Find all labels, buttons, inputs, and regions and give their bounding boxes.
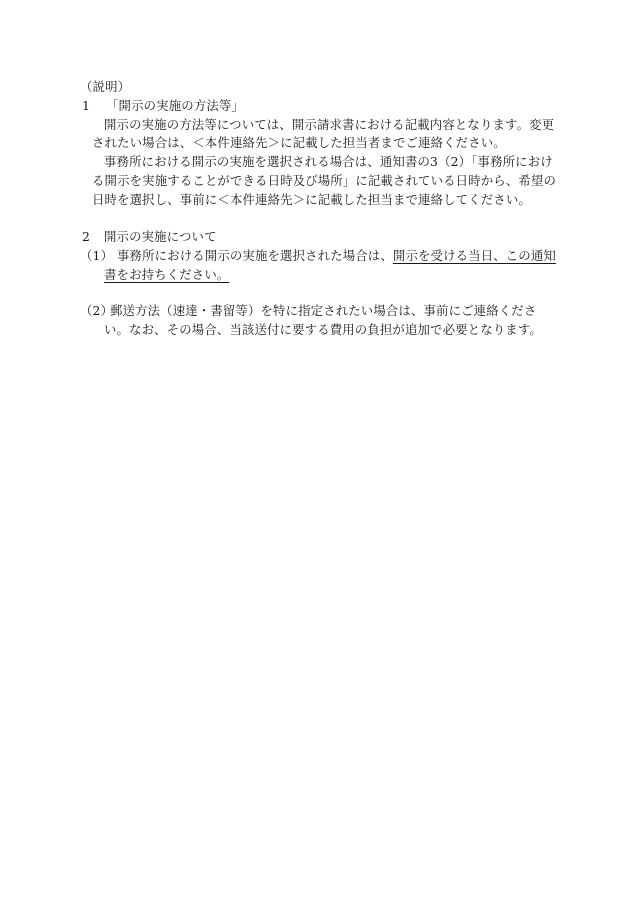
section2-item1-line1: 事務所における開示の実施を選択された場合は、開示を受ける当日、この通知	[117, 248, 556, 264]
section1-paragraph2-line1: 事務所における開示の実施を選択される場合は、通知書の3（2）「事務所におけ	[104, 154, 553, 170]
section1-paragraph1-line1: 開示の実施の方法等については、開示請求書における記載内容となります。変更	[104, 117, 554, 133]
section1-paragraph2-line3: 日時を選択し、事前に＜本件連絡先＞に記載した担当まで連絡してください。	[92, 192, 531, 208]
section2-item2-line1: 郵送方法（速達・書留等）を特に指定されたい場合は、事前にご連絡くださ	[110, 303, 536, 319]
item1-underlined-text: 開示を受ける当日、この通知	[393, 248, 556, 263]
section2-item1-line2: 書をお持ちください。	[104, 267, 229, 283]
item1-plain-text: 事務所における開示の実施を選択された場合は、	[117, 248, 393, 263]
section1-paragraph1-line2: されたい場合は、＜本件連絡先＞に記載した担当者までご連絡ください。	[92, 135, 506, 151]
section2-item1-label: （1）	[80, 248, 113, 264]
section2-item2-line2: い。なお、その場合、当該送付に要する費用の負担が追加で必要となります。	[104, 322, 542, 338]
section2-item2-label: （2）	[80, 303, 113, 319]
document-page: （説明） 1 「開示の実施の方法等」 開示の実施の方法等については、開示請求書に…	[0, 0, 630, 903]
section1-title: 「開示の実施の方法等」	[106, 98, 244, 114]
section2-number: 2	[82, 229, 90, 245]
section1-paragraph2-line2: る開示を実施することができる日時及び場所」に記載されている日時から、希望の	[92, 173, 556, 189]
section2-title: 開示の実施について	[104, 229, 217, 245]
explanation-heading: （説明）	[80, 79, 130, 95]
section1-number: 1	[82, 98, 90, 114]
